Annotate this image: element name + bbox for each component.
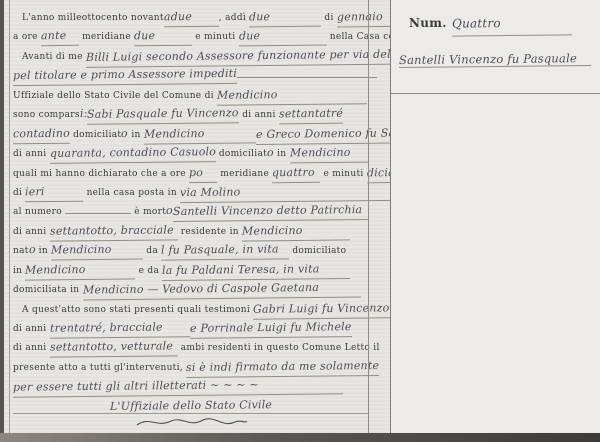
printed-text: presente atto a tutti gl'intervenuti, — [13, 363, 186, 373]
handwritten-entry: Mendicino — [51, 240, 143, 261]
printed-text: in — [13, 266, 25, 276]
handwritten-entry: Santelli Vincenzo detto Patirchia — [173, 200, 369, 223]
form-line: a ore ante meridiane due e minuti due ne… — [13, 24, 369, 43]
printed-text: domiciliata in — [13, 285, 83, 295]
form-line: Avanti di me Billi Luigi secondo Assesso… — [13, 44, 369, 63]
handwritten-entry: adue — [164, 7, 219, 28]
page-bottom-shadow — [0, 433, 600, 442]
printed-text: domiciliato — [289, 246, 346, 256]
printed-text: e da — [135, 266, 162, 276]
margin-divider-line — [391, 93, 600, 94]
handwritten-entry: quattro — [272, 162, 320, 183]
handwritten-entry: ieri — [25, 182, 83, 203]
handwritten-entry: settantotto, bracciale — [50, 220, 178, 242]
record-number-value: Quattro — [452, 10, 572, 36]
num-label: Num. — [409, 16, 447, 30]
handwritten-entry: due — [134, 26, 192, 47]
form-line: di anni trentatré, braccialee Porrinale … — [13, 316, 369, 335]
printed-text: in — [36, 246, 52, 256]
handwritten-entry: Mendicino — [242, 220, 350, 242]
form-line: contadino domiciliato in Mendicinoe Grec… — [13, 122, 369, 141]
handwritten-entry: Mendicino — [25, 259, 135, 281]
printed-text: meridiane — [79, 32, 134, 42]
printed-text: di anni — [13, 343, 50, 353]
handwritten-entry: settantotto, vetturale — [50, 337, 178, 359]
record-number-row: Num. Quattro — [409, 10, 600, 34]
handwritten-entry: e Porrinale Luigi fu Michele — [190, 317, 352, 339]
handwritten-entry: l fu Pasquale, in vita — [161, 240, 289, 262]
printed-text: di anni — [239, 110, 279, 120]
printed-text: Uffiziale dello Stato Civile del Comune … — [13, 91, 217, 101]
page-left-border — [0, 0, 4, 442]
subject-name-row: Santelli Vincenzo fu Pasquale — [399, 48, 600, 67]
printed-text: residente in — [178, 227, 242, 237]
form-line: L'anno milleottocento novantadue, addì d… — [13, 5, 369, 24]
printed-text: da — [143, 246, 161, 256]
printed-text: di anni — [13, 149, 50, 159]
handwritten-entry: po — [189, 162, 217, 183]
printed-text: domiciliat — [70, 130, 121, 140]
form-body: L'anno milleottocento novantadue, addì d… — [13, 5, 369, 435]
printed-text: di anni — [13, 324, 50, 334]
printed-text: e minuti — [192, 32, 238, 42]
handwritten-entry: Sabi Pasquale fu Vincenzo — [87, 103, 239, 125]
page-inner-margin-line — [9, 0, 10, 434]
printed-text: ambi residenti in questo Comune Letto il — [178, 343, 380, 353]
blank-line — [65, 201, 131, 214]
handwritten-entry: contadino — [13, 123, 70, 144]
handwritten-entry: quaranta, contadino Casuolo — [50, 142, 216, 164]
form-line: sono comparsi: Sabi Pasquale fu Vincenzo… — [13, 102, 369, 121]
printed-text: quali mi hanno dichiarato che a ore — [13, 169, 189, 179]
blank-line — [237, 65, 377, 78]
handwritten-entry: o — [121, 124, 128, 144]
margin-column: Num. Quattro Santelli Vincenzo fu Pasqua… — [391, 0, 600, 434]
printed-text: A quest'atto sono stati presenti quali t… — [22, 305, 253, 315]
printed-text: in — [128, 130, 144, 140]
printed-text: e minuti — [320, 169, 366, 179]
form-line: pel titolare e primo Assessore impediti — [13, 63, 369, 82]
form-line: per essere tutti gli altri illetterati ~… — [13, 374, 369, 393]
form-line — [13, 414, 369, 434]
handwritten-entry: Mendicino — [289, 143, 367, 164]
printed-text: di — [321, 13, 337, 23]
handwritten-entry: pel titolare e primo Assessore impediti — [13, 64, 237, 87]
civil-registry-death-record-page: L'anno milleottocento novantadue, addì d… — [0, 0, 600, 442]
printed-text: di anni — [13, 227, 50, 237]
printed-text: al numero — [13, 207, 65, 217]
handwritten-entry: due — [249, 7, 321, 28]
printed-text: meridiane — [217, 169, 272, 179]
printed-text: sono compars — [13, 110, 80, 120]
printed-text: è mort — [131, 207, 166, 217]
handwritten-entry: ante — [41, 26, 79, 47]
handwritten-entry: o — [29, 240, 36, 260]
form-line: di anni quaranta, contadino Casuolo domi… — [13, 141, 369, 160]
form-line: di ieri nella casa posta in via Molino — [13, 180, 369, 199]
printed-text: di — [13, 188, 25, 198]
printed-text: in — [274, 149, 290, 159]
handwritten-entry: Mendicino — [217, 84, 367, 106]
handwritten-entry: settantatré — [279, 104, 343, 125]
printed-text: a ore — [13, 32, 41, 42]
printed-text: nat — [13, 246, 29, 256]
form-line: in Mendicino e da la fu Paldani Teresa, … — [13, 258, 369, 277]
column-divider-left — [368, 0, 369, 434]
handwritten-entry: L'Uffiziale dello Stato Civile — [110, 395, 272, 416]
official-signature-mark — [131, 414, 251, 434]
handwritten-entry: due — [238, 26, 326, 47]
printed-text: , addì — [219, 13, 249, 23]
printed-text: L'anno milleottocento novant — [22, 13, 164, 23]
printed-text: Avanti di me — [22, 52, 86, 62]
handwritten-entry: per essere tutti gli altri illetterati ~… — [13, 375, 343, 399]
printed-text: domiciliat — [216, 149, 267, 159]
handwritten-entry: Mendicino — Vedovo di Caspole Gaetana — [82, 278, 360, 301]
printed-text: nella casa posta in — [83, 188, 180, 198]
margin-subject-name: Santelli Vincenzo fu Pasquale — [399, 51, 591, 68]
handwritten-entry: o — [267, 143, 274, 163]
